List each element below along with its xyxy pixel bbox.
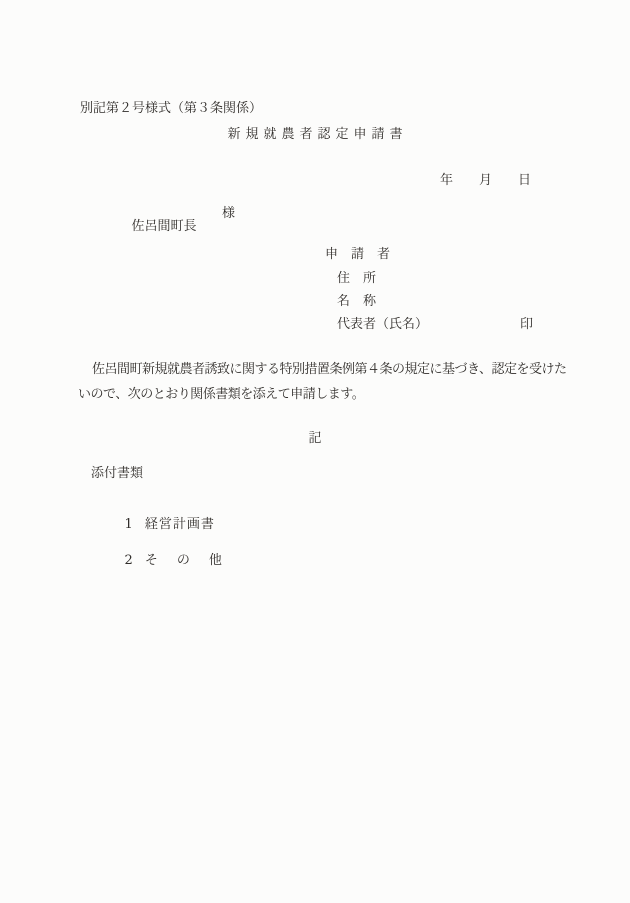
date-line: 年月日 bbox=[440, 174, 531, 187]
application-form-page: 別記第２号様式（第３条関係） 新規就農者認定申請書 年月日 佐呂間町長 様 申 … bbox=[0, 0, 630, 903]
seal-label: 印 bbox=[520, 318, 533, 331]
record-mark: 記 bbox=[0, 432, 630, 445]
applicant-representative-label: 代表者（氏名） bbox=[337, 318, 428, 331]
date-day-label: 日 bbox=[518, 173, 531, 188]
addressee-honorific: 様 bbox=[222, 207, 235, 220]
date-month-label: 月 bbox=[479, 173, 492, 188]
addressee-line: 佐呂間町長 様 bbox=[115, 207, 197, 259]
body-paragraph-line-2: いので、次のとおり関係書類を添えて申請します。 bbox=[78, 388, 364, 401]
date-year-label: 年 bbox=[440, 173, 453, 188]
attachment-item-label: そ の 他 bbox=[145, 553, 225, 568]
attachment-item-label: 経営計画書 bbox=[145, 517, 215, 532]
form-number: 別記第２号様式（第３条関係） bbox=[80, 102, 262, 115]
attachment-item-number: 1 bbox=[125, 518, 133, 531]
attachments-heading: 添付書類 bbox=[91, 467, 143, 480]
document-title: 新規就農者認定申請書 bbox=[0, 128, 630, 141]
attachment-item: 2そ の 他 bbox=[108, 541, 225, 580]
body-paragraph-line-1: 佐呂間町新規就農者誘致に関する特別措置条例第４条の規定に基づき、認定を受けた bbox=[92, 363, 566, 376]
attachment-item: 1経営計画書 bbox=[108, 505, 215, 544]
applicant-name-label: 名 称 bbox=[337, 295, 376, 308]
applicant-address-label: 住 所 bbox=[337, 272, 376, 285]
attachment-item-number: 2 bbox=[125, 554, 133, 567]
addressee-name: 佐呂間町長 bbox=[132, 219, 197, 234]
applicant-heading: 申 請 者 bbox=[325, 248, 390, 261]
